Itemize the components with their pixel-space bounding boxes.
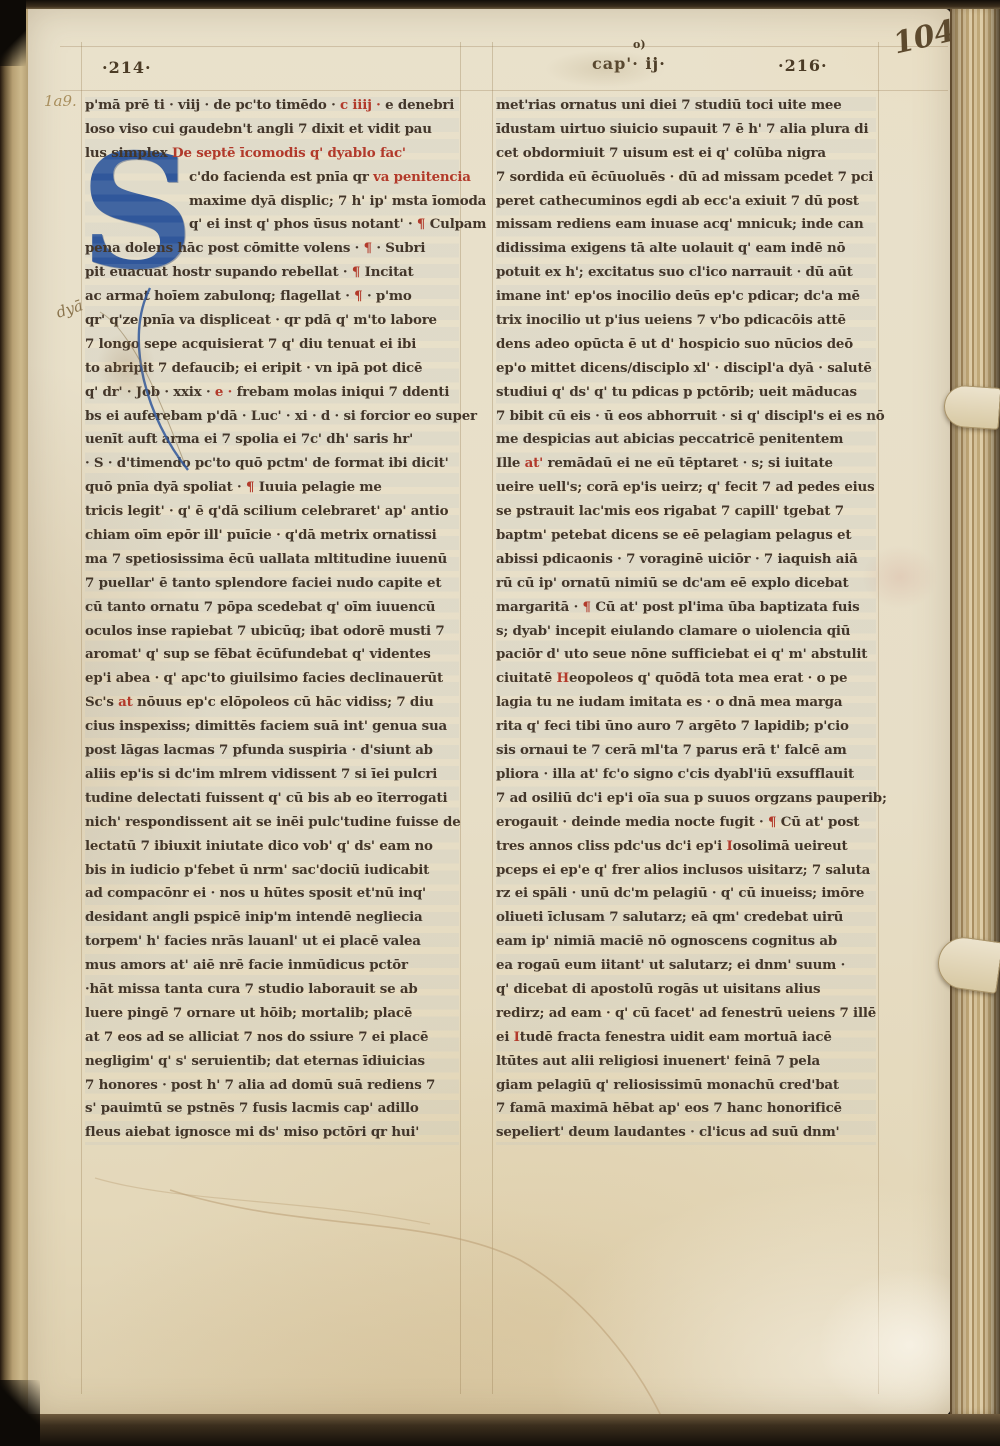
body-text: Ille xyxy=(496,455,525,471)
body-text: s; dyab' incepit eiulando clamare o uiol… xyxy=(496,623,850,639)
rubric-text: ¶ xyxy=(352,264,360,280)
text-line: q' dicebat di apostolū rogās ut uisitans… xyxy=(496,978,876,1002)
text-line: ea rogaū eum iitant' ut salutarz; ei dnm… xyxy=(496,954,876,978)
body-text: Culpam xyxy=(425,216,486,232)
body-text: redirz; ad eam · q' cū facet' ad fenestr… xyxy=(496,1005,876,1021)
text-line: dens adeo opūcta ē ut d' hospicio suo nū… xyxy=(496,333,876,357)
body-text: ep'i abea · q' apc'to giuilsimo facies d… xyxy=(85,670,443,686)
text-line: Sc's at nōuus ep'c elōpoleos cū hāc vidi… xyxy=(85,691,459,715)
text-line: paciōr d' uto seue nōne sufficiebat ei q… xyxy=(496,643,876,667)
rubric-text: at' xyxy=(525,455,543,471)
body-text: met'rias ornatus uni diei 7 studiū toci … xyxy=(496,97,842,113)
body-text: · Subri xyxy=(372,240,425,256)
text-line: chiam oīm epōr ill' puīcie · q'dā metrix… xyxy=(85,524,459,548)
text-line: ad compacōnr ei · nos u hūtes sposit et'… xyxy=(85,882,459,906)
body-text: didissima exigens tā alte uolauit q' eam… xyxy=(496,240,845,256)
text-line: q' ei inst q' phos ūsus notant' · ¶ Culp… xyxy=(85,213,459,237)
body-text: s' pauimtū se pstnēs 7 fusis lacmis cap'… xyxy=(85,1100,419,1116)
text-line: maxime dyā displic; 7 h' ip' msta īomoda xyxy=(85,190,459,214)
body-text: Iuuia pelagie me xyxy=(254,479,381,495)
text-line: ciuitatē Heopoleos q' quōdā tota mea era… xyxy=(496,667,876,691)
text-line: ac armat hoīem zabulonq; flagellat · ¶ ·… xyxy=(85,285,459,309)
page-number-left: ·214· xyxy=(102,58,152,77)
body-text: cet obdormiuit 7 uisum est ei q' colūba … xyxy=(496,145,826,161)
body-text: q' dicebat di apostolū rogās ut uisitans… xyxy=(496,981,820,997)
body-text: pliora · illa at' fc'o signo c'cis dyabl… xyxy=(496,766,854,782)
body-text: potuit ex h'; excitatus suo cl'ico narra… xyxy=(496,264,853,280)
text-line: bis in iudicio p'febet ū nrm' sac'dociū … xyxy=(85,859,459,883)
body-text: q' ei inst q' phos ūsus notant' · xyxy=(189,216,417,232)
body-text: studiui q' ds' q' tu pdicas p pctōrib; u… xyxy=(496,384,857,400)
body-text: 7 ad osiliū dc'i ep'i oīa sua p suuos or… xyxy=(496,790,887,806)
text-line: oliueti īclusam 7 salutarz; eā qm' crede… xyxy=(496,906,876,930)
body-text: pit euacuat hostr supando rebellat · xyxy=(85,264,352,280)
text-line: mus amors at' aiē nrē facie inmūdicus pc… xyxy=(85,954,459,978)
text-line: missam rediens eam inuase acq' mnicuk; i… xyxy=(496,213,876,237)
text-line: cū tanto ornatu 7 pōpa scedebat q' oīm i… xyxy=(85,596,459,620)
text-line: uenīt auft arma ei 7 spolia ei 7c' dh' s… xyxy=(85,428,459,452)
text-line: lus simplex De septē īcomodis q' dyablo … xyxy=(85,142,459,166)
shadow-corner-bottom-left xyxy=(0,1380,40,1446)
text-line: pceps ei ep'e q' frer alios inclusos uis… xyxy=(496,859,876,883)
body-text: loso viso cui gaudebn't angli 7 dixit et… xyxy=(85,121,432,137)
body-text: eopoleos q' quōdā tota mea erat · o pe xyxy=(569,670,847,686)
text-line: se pstrauit lac'mis eos rigabat 7 capill… xyxy=(496,500,876,524)
rubric-text: e · xyxy=(215,384,232,400)
body-text: ac armat hoīem zabulonq; flagellat · xyxy=(85,288,354,304)
text-line: tres annos cliss pdc'us dc'i ep'i Iosoli… xyxy=(496,835,876,859)
body-text: negligim' q' s' seruientib; dat eternas … xyxy=(85,1053,425,1069)
text-line: quō pnīa dyā spoliat · ¶ Iuuia pelagie m… xyxy=(85,476,459,500)
text-line: · S · d'timendo pc'to quō pctm' de forma… xyxy=(85,452,459,476)
text-line: sis ornaui te 7 cerā ml'ta 7 parus erā t… xyxy=(496,739,876,763)
text-line: cet obdormiuit 7 uisum est ei q' colūba … xyxy=(496,142,876,166)
text-line: ueire uell's; corā ep'is ueirz; q' fecit… xyxy=(496,476,876,500)
text-line: ·hāt missa tanta cura 7 studio laborauit… xyxy=(85,978,459,1002)
header-rule-lower xyxy=(60,90,948,91)
body-text: aromat' q' sup se fēbat ēcūfundebat q' v… xyxy=(85,646,431,662)
column-rule-right-outer xyxy=(878,42,879,1394)
text-line: to abripit 7 defaucib; ei eripit · vn ip… xyxy=(85,357,459,381)
fore-edge-tab-upper xyxy=(943,384,1000,430)
body-text: remādaū ei ne eū tēptaret · s; si iuitat… xyxy=(543,455,833,471)
text-line: at 7 eos ad se alliciat 7 nos do ssiure … xyxy=(85,1026,459,1050)
body-text: peret cathecuminos egdi ab ecc'a exiuit … xyxy=(496,193,859,209)
body-text: rz ei spāli · unū dc'm pelagiū · q' cū i… xyxy=(496,885,864,901)
rubric-text: ¶ xyxy=(417,216,425,232)
body-text: to abripit 7 defaucib; ei eripit · vn ip… xyxy=(85,360,422,376)
body-text: dens adeo opūcta ē ut d' hospicio suo nū… xyxy=(496,336,853,352)
text-line: c'do facienda est pnīa qr va penitencia xyxy=(85,166,459,190)
text-line: 7 sordida eū ēcūuoluēs · dū ad missam pc… xyxy=(496,166,876,190)
chapter-heading-superscript: o) xyxy=(633,38,646,51)
body-text: pena dolens hāc post cōmitte volens · xyxy=(85,240,364,256)
body-text: · p'mo xyxy=(362,288,411,304)
body-text: 7 bibit cū eis · ū eos abhorruit · si q'… xyxy=(496,408,885,424)
text-line: erogauit · deinde media nocte fugit · ¶ … xyxy=(496,811,876,835)
text-line: margaritā · ¶ Cū at' post pl'ima ūba bap… xyxy=(496,596,876,620)
text-line: luere pingē 7 ornare ut hōib; mortalib; … xyxy=(85,1002,459,1026)
body-text: īdustam uirtuo siuicio supauit 7 ē h' 7 … xyxy=(496,121,868,137)
body-text: 7 famā maximā hēbat ap' eos 7 hanc honor… xyxy=(496,1100,842,1116)
text-line: rz ei spāli · unū dc'm pelagiū · q' cū i… xyxy=(496,882,876,906)
text-line: 7 longo sepe acquisierat 7 q' diu tenuat… xyxy=(85,333,459,357)
text-line: aliis ep'is si dc'im mlrem vidissent 7 s… xyxy=(85,763,459,787)
text-line: pliora · illa at' fc'o signo c'cis dyabl… xyxy=(496,763,876,787)
text-line: lectatū 7 ibiuxit iniutate dico vob' q' … xyxy=(85,835,459,859)
text-line: ep'o mittet dicens/disciplo xl' · discip… xyxy=(496,357,876,381)
body-text: ltūtes aut alii religiosi inuenert' fein… xyxy=(496,1053,820,1069)
body-text: at 7 eos ad se alliciat 7 nos do ssiure … xyxy=(85,1029,428,1045)
body-text: c'do facienda est pnīa qr xyxy=(189,169,373,185)
text-line: aromat' q' sup se fēbat ēcūfundebat q' v… xyxy=(85,643,459,667)
body-text: luere pingē 7 ornare ut hōib; mortalib; … xyxy=(85,1005,412,1021)
text-line: s' pauimtū se pstnēs 7 fusis lacmis cap'… xyxy=(85,1097,459,1121)
body-text: nich' respondissent ait se inēi pulc'tud… xyxy=(85,814,461,830)
body-text: abissi pdicaonis · 7 voraginē uiciōr · 7… xyxy=(496,551,858,567)
text-line: post lāgas lacmas 7 pfunda suspiria · d'… xyxy=(85,739,459,763)
text-line: peret cathecuminos egdi ab ecc'a exiuit … xyxy=(496,190,876,214)
body-text: post lāgas lacmas 7 pfunda suspiria · d'… xyxy=(85,742,433,758)
rubric-text: va penitencia xyxy=(373,169,471,185)
body-text: ciuitatē xyxy=(496,670,557,686)
body-text: 7 longo sepe acquisierat 7 q' diu tenuat… xyxy=(85,336,416,352)
book-bottom-edge xyxy=(0,1414,1000,1446)
body-text: torpem' h' facies nrās lauanl' ut ei pla… xyxy=(85,933,421,949)
body-text: cū tanto ornatu 7 pōpa scedebat q' oīm i… xyxy=(85,599,435,615)
text-line: nich' respondissent ait se inēi pulc'tud… xyxy=(85,811,459,835)
text-line: cius inspexiss; dimittēs faciem suā int'… xyxy=(85,715,459,739)
body-text: desidant angli pspicē inip'm intendē neg… xyxy=(85,909,422,925)
body-text: giam pelagiū q' reliosissimū monachū cre… xyxy=(496,1077,839,1093)
text-line: bs ei auferebam p'dā · Luc' · xi · d · s… xyxy=(85,405,459,429)
text-line: 7 bibit cū eis · ū eos abhorruit · si q'… xyxy=(496,405,876,429)
body-text: frebam molas iniqui 7 ddenti xyxy=(232,384,449,400)
chapter-heading: cap'· ij· xyxy=(592,54,666,73)
body-text: oliueti īclusam 7 salutarz; eā qm' crede… xyxy=(496,909,843,925)
body-text: lus simplex xyxy=(85,145,172,161)
body-text: oculos inse rapiebat 7 ubicūq; ibat odor… xyxy=(85,623,445,639)
body-text: qr' q'ze pnīa va displiceat · qr pdā q' … xyxy=(85,312,437,328)
binding-gutter xyxy=(0,0,28,1446)
text-line: imane int' ep'os inocilio deūs ep'c pdic… xyxy=(496,285,876,309)
body-text: · S · d'timendo pc'to quō pctm' de forma… xyxy=(85,455,449,471)
body-text: bis in iudicio p'febet ū nrm' sac'dociū … xyxy=(85,862,429,878)
body-text: p'mā prē ti · viij · de pc'to timēdo · xyxy=(85,97,340,113)
body-text: Cū at' post pl'ima ūba baptizata fuis xyxy=(591,599,860,615)
body-text: nōuus ep'c elōpoleos cū hāc vidiss; 7 di… xyxy=(133,694,434,710)
body-text: q' dr' · Job · xxix · xyxy=(85,384,215,400)
body-text: ad compacōnr ei · nos u hūtes sposit et'… xyxy=(85,885,426,901)
body-text: pceps ei ep'e q' frer alios inclusos uis… xyxy=(496,862,870,878)
body-text: ep'o mittet dicens/disciplo xl' · discip… xyxy=(496,360,872,376)
text-line: ei Itudē fracta fenestra uidit eam mortu… xyxy=(496,1026,876,1050)
body-text: paciōr d' uto seue nōne sufficiebat ei q… xyxy=(496,646,867,662)
body-text: maxime dyā displic; 7 h' ip' msta īomoda xyxy=(189,193,486,209)
page-edge-stack xyxy=(950,4,1000,1418)
header-rule-upper xyxy=(60,46,948,47)
body-text: baptm' petebat dicens se eē pelagiam pel… xyxy=(496,527,851,543)
body-text: imane int' ep'os inocilio deūs ep'c pdic… xyxy=(496,288,860,304)
text-line: desidant angli pspicē inip'm intendē neg… xyxy=(85,906,459,930)
text-line: me despicias aut abicias peccatricē peni… xyxy=(496,428,876,452)
body-text: Sc's xyxy=(85,694,118,710)
text-line: rū cū ip' ornatū nimiū se dc'am eē explo… xyxy=(496,572,876,596)
body-text: tudē fracta fenestra uidit eam mortuā ia… xyxy=(520,1029,832,1045)
body-text: sis ornaui te 7 cerā ml'ta 7 parus erā t… xyxy=(496,742,847,758)
body-text: trix inocilio ut p'ius ueiens 7 v'bo pdi… xyxy=(496,312,846,328)
body-text: me despicias aut abicias peccatricē peni… xyxy=(496,431,843,447)
body-text: Cū at' post xyxy=(776,814,859,830)
text-line: ma 7 spetiosissima ēcū uallata mltitudin… xyxy=(85,548,459,572)
body-text: missam rediens eam inuase acq' mnicuk; i… xyxy=(496,216,864,232)
body-text: sepeliert' deum laudantes · cl'icus ad s… xyxy=(496,1124,839,1140)
text-line: tudine delectati fuissent q' cū bis ab e… xyxy=(85,787,459,811)
body-text: se pstrauit lac'mis eos rigabat 7 capill… xyxy=(496,503,844,519)
body-text: tres annos cliss pdc'us dc'i ep'i xyxy=(496,838,727,854)
text-line: studiui q' ds' q' tu pdicas p pctōrib; u… xyxy=(496,381,876,405)
text-line: fleus aiebat ignosce mi ds' miso pctōri … xyxy=(85,1121,459,1145)
body-text: chiam oīm epōr ill' puīcie · q'dā metrix… xyxy=(85,527,436,543)
text-line: p'mā prē ti · viij · de pc'to timēdo · c… xyxy=(85,94,459,118)
text-line: didissima exigens tā alte uolauit q' eam… xyxy=(496,237,876,261)
body-text: aliis ep'is si dc'im mlrem vidissent 7 s… xyxy=(85,766,437,782)
text-line: pena dolens hāc post cōmitte volens · ¶ … xyxy=(85,237,459,261)
text-line: lagia tu ne iudam imitata es · o dnā mea… xyxy=(496,691,876,715)
rubric-text: H xyxy=(557,670,569,686)
text-line: tricis legit' · q' ē q'dā scilium celebr… xyxy=(85,500,459,524)
body-text: Incitat xyxy=(360,264,413,280)
body-text: uenīt auft arma ei 7 spolia ei 7c' dh' s… xyxy=(85,431,413,447)
text-line: loso viso cui gaudebn't angli 7 dixit et… xyxy=(85,118,459,142)
text-line: baptm' petebat dicens se eē pelagiam pel… xyxy=(496,524,876,548)
manuscript-photo: ·214· cap'· ij· o) ·216· 104 1a9. dyā S … xyxy=(0,0,1000,1446)
rubric-text: ¶ xyxy=(583,599,591,615)
text-line: oculos inse rapiebat 7 ubicūq; ibat odor… xyxy=(85,620,459,644)
text-line: Ille at' remādaū ei ne eū tēptaret · s; … xyxy=(496,452,876,476)
body-text: erogauit · deinde media nocte fugit · xyxy=(496,814,768,830)
text-line: rita q' feci tibi ūno auro 7 argēto 7 la… xyxy=(496,715,876,739)
text-column-left: p'mā prē ti · viij · de pc'to timēdo · c… xyxy=(85,94,459,1145)
rubric-text: at xyxy=(118,694,132,710)
text-line: pit euacuat hostr supando rebellat · ¶ I… xyxy=(85,261,459,285)
rubric-text: De septē īcomodis q' dyablo fac' xyxy=(172,145,406,161)
page-number-right: ·216· xyxy=(778,56,828,75)
body-text: tricis legit' · q' ē q'dā scilium celebr… xyxy=(85,503,448,519)
book-top-edge xyxy=(0,0,1000,9)
text-line: torpem' h' facies nrās lauanl' ut ei pla… xyxy=(85,930,459,954)
body-text: fleus aiebat ignosce mi ds' miso pctōri … xyxy=(85,1124,419,1140)
rubric-text: c iiij · xyxy=(340,97,381,113)
text-line: ltūtes aut alii religiosi inuenert' fein… xyxy=(496,1050,876,1074)
body-text: 7 puellar' ē tanto splendore faciei nudo… xyxy=(85,575,441,591)
margin-note-top: 1a9. xyxy=(44,92,77,110)
text-line: 7 honores · post h' 7 alia ad domū suā r… xyxy=(85,1074,459,1098)
text-line: potuit ex h'; excitatus suo cl'ico narra… xyxy=(496,261,876,285)
body-text: mus amors at' aiē nrē facie inmūdicus pc… xyxy=(85,957,408,973)
text-line: q' dr' · Job · xxix · e · frebam molas i… xyxy=(85,381,459,405)
body-text: bs ei auferebam p'dā · Luc' · xi · d · s… xyxy=(85,408,477,424)
text-line: met'rias ornatus uni diei 7 studiū toci … xyxy=(496,94,876,118)
text-line: trix inocilio ut p'ius ueiens 7 v'bo pdi… xyxy=(496,309,876,333)
text-line: 7 ad osiliū dc'i ep'i oīa sua p suuos or… xyxy=(496,787,876,811)
body-text: eam ip' nimiā maciē nō ognoscens cognitu… xyxy=(496,933,837,949)
body-text: e denebri xyxy=(381,97,455,113)
column-rule-right-inner xyxy=(492,42,493,1394)
body-text: 7 honores · post h' 7 alia ad domū suā r… xyxy=(85,1077,435,1093)
body-text: margaritā · xyxy=(496,599,583,615)
text-line: negligim' q' s' seruientib; dat eternas … xyxy=(85,1050,459,1074)
body-text: ·hāt missa tanta cura 7 studio laborauit… xyxy=(85,981,418,997)
text-line: 7 puellar' ē tanto splendore faciei nudo… xyxy=(85,572,459,596)
body-text: ei xyxy=(496,1029,514,1045)
text-line: abissi pdicaonis · 7 voraginē uiciōr · 7… xyxy=(496,548,876,572)
rubric-text: ¶ xyxy=(364,240,372,256)
body-text: quō pnīa dyā spoliat · xyxy=(85,479,246,495)
text-line: eam ip' nimiā maciē nō ognoscens cognitu… xyxy=(496,930,876,954)
shadow-corner-top-left xyxy=(0,0,26,66)
body-text: lectatū 7 ibiuxit iniutate dico vob' q' … xyxy=(85,838,433,854)
text-line: 7 famā maximā hēbat ap' eos 7 hanc honor… xyxy=(496,1097,876,1121)
body-text: 7 sordida eū ēcūuoluēs · dū ad missam pc… xyxy=(496,169,873,185)
text-line: īdustam uirtuo siuicio supauit 7 ē h' 7 … xyxy=(496,118,876,142)
body-text: rū cū ip' ornatū nimiū se dc'am eē explo… xyxy=(496,575,849,591)
body-text: lagia tu ne iudam imitata es · o dnā mea… xyxy=(496,694,842,710)
text-line: ep'i abea · q' apc'to giuilsimo facies d… xyxy=(85,667,459,691)
body-text: ueire uell's; corā ep'is ueirz; q' fecit… xyxy=(496,479,874,495)
body-text: rita q' feci tibi ūno auro 7 argēto 7 la… xyxy=(496,718,849,734)
body-text: tudine delectati fuissent q' cū bis ab e… xyxy=(85,790,447,806)
text-column-right: met'rias ornatus uni diei 7 studiū toci … xyxy=(496,94,876,1145)
column-rule-left-inner xyxy=(460,42,461,1394)
text-line: qr' q'ze pnīa va displiceat · qr pdā q' … xyxy=(85,309,459,333)
body-text: cius inspexiss; dimittēs faciem suā int'… xyxy=(85,718,447,734)
text-line: s; dyab' incepit eiulando clamare o uiol… xyxy=(496,620,876,644)
text-line: giam pelagiū q' reliosissimū monachū cre… xyxy=(496,1074,876,1098)
body-text: ma 7 spetiosissima ēcū uallata mltitudin… xyxy=(85,551,447,567)
text-line: redirz; ad eam · q' cū facet' ad fenestr… xyxy=(496,1002,876,1026)
body-text: osolimā ueireut xyxy=(733,838,848,854)
text-line: sepeliert' deum laudantes · cl'icus ad s… xyxy=(496,1121,876,1145)
body-text: ea rogaū eum iitant' ut salutarz; ei dnm… xyxy=(496,957,845,973)
